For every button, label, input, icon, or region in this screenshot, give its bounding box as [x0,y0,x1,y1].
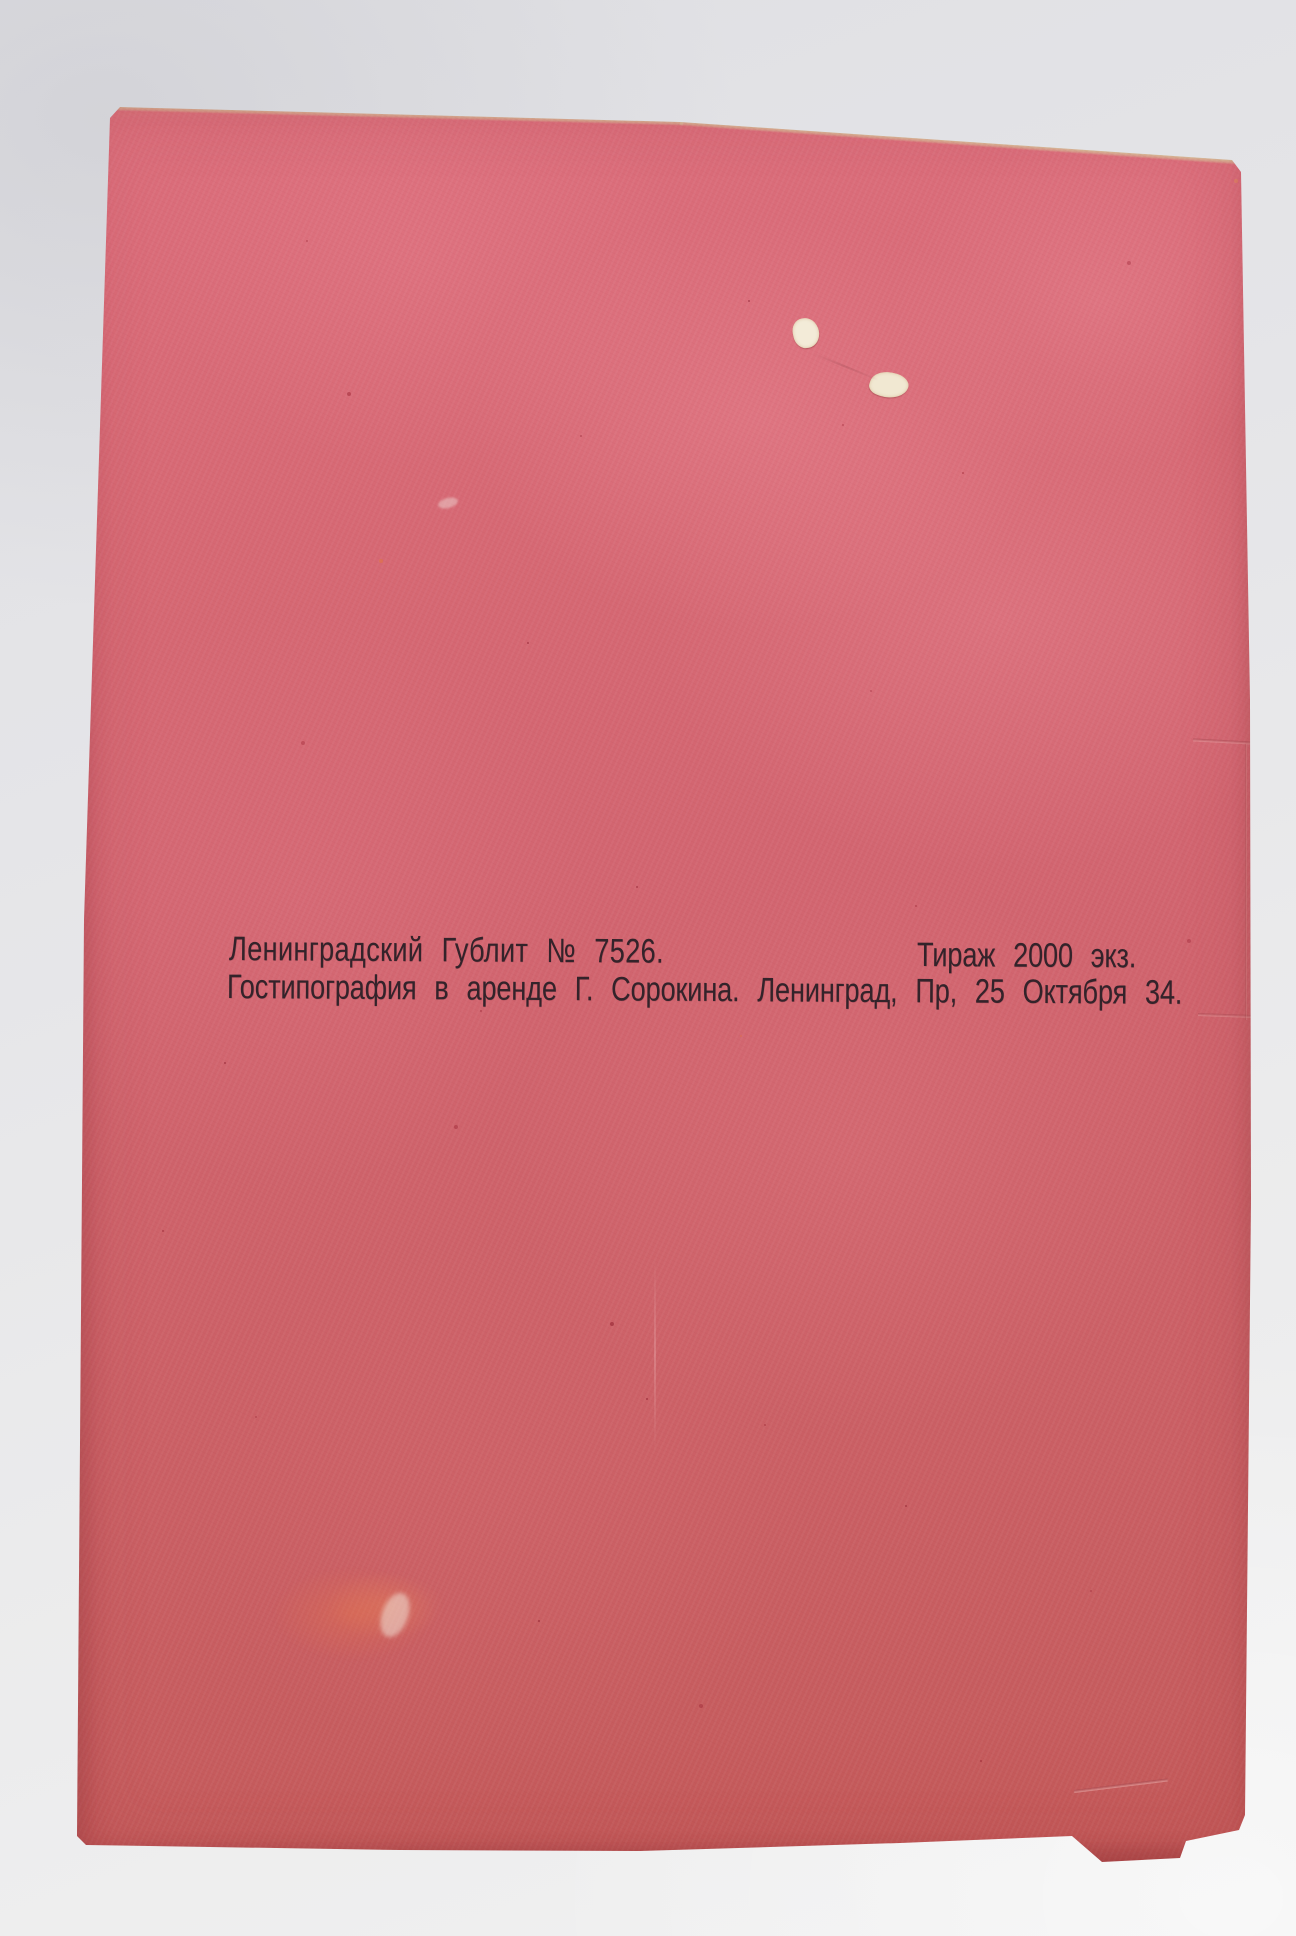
paper-scratch-line [811,352,879,381]
paper-fleck-1 [790,316,822,351]
paper-sheet: Ленинградский Гублит № 7526. Тираж 2000 … [0,0,1296,1936]
paper-fleck-2 [867,367,911,403]
imprint-censor-number: Ленинградский Гублит № 7526. [229,932,664,969]
crease-right-vertical [1245,744,1247,1020]
crease-center-bottom [654,1258,656,1453]
paper-cut-edge-top-left [111,106,683,126]
crease-right-upper [1193,738,1253,744]
crease-torn-corner-flap [1074,1779,1168,1793]
paper-cut-edge-top-right [680,121,1237,165]
crease-right-lower [1198,1013,1253,1018]
paper-speckles [0,0,2,2]
photo-backdrop: Ленинградский Гублит № 7526. Тираж 2000 … [0,0,1296,1936]
imprint-print-run: Тираж 2000 экз. [917,938,1136,973]
imprint-printing-house: Гостипография в аренде Г. Сорокина. Лени… [227,970,1182,1010]
paper-scuff-small [437,496,459,511]
paper-stain-orange [268,1560,458,1680]
